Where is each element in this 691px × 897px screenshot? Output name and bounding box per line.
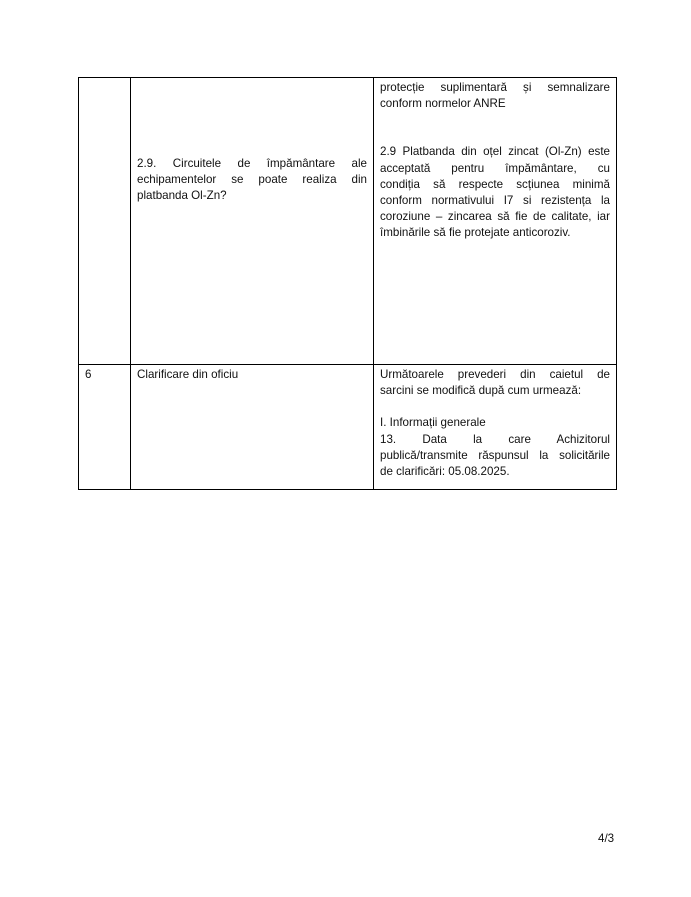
answer-line: coroziune – zincarea să fie de calitate,…: [380, 209, 610, 225]
row-number-cell: [79, 78, 131, 365]
answer-line: îmbinările să fie protejate anticoroziv.: [380, 225, 610, 241]
answer-line: 2.9 Platbanda din oțel zincat (Ol-Zn) es…: [380, 144, 610, 160]
answer-cell: protecție suplimentară și semnalizare co…: [374, 78, 617, 365]
answer-line: 13. Data la care Achizitorul: [380, 432, 610, 448]
answer-line: conform normativului I7 si rezistența la: [380, 193, 610, 209]
clarifications-table: 2.9. Circuitele de împământare ale echip…: [78, 77, 617, 490]
answer-cell: Următoarele prevederi din caietul de sar…: [374, 365, 617, 490]
page-number: 4/3: [598, 832, 614, 845]
row-number-cell: 6: [79, 365, 131, 490]
answer-line: conform normelor ANRE: [380, 96, 610, 112]
answer-line: de clarificări: 05.08.2025.: [380, 464, 610, 480]
section-title: I. Informații generale: [380, 415, 610, 431]
question-line: echipamentelor se poate realiza din: [137, 172, 367, 188]
answer-line: sarcini se modifică după cum urmează:: [380, 383, 610, 399]
question-line: Clarificare din oficiu: [137, 367, 367, 383]
answer-line: Următoarele prevederi din caietul de: [380, 367, 610, 383]
table-row: 6 Clarificare din oficiu Următoarele pre…: [79, 365, 617, 490]
answer-line: acceptată pentru împământare, cu: [380, 161, 610, 177]
question-cell: Clarificare din oficiu: [131, 365, 374, 490]
question-cell: 2.9. Circuitele de împământare ale echip…: [131, 78, 374, 365]
question-line: 2.9. Circuitele de împământare ale: [137, 156, 367, 172]
table-row: 2.9. Circuitele de împământare ale echip…: [79, 78, 617, 365]
answer-line: protecție suplimentară și semnalizare: [380, 80, 610, 96]
answer-line: condiția să respecte scțiunea minimă: [380, 177, 610, 193]
question-line: platbanda Ol-Zn?: [137, 188, 367, 204]
answer-line: publică/transmite răspunsul la solicităr…: [380, 448, 610, 464]
document-page: 2.9. Circuitele de împământare ale echip…: [0, 0, 691, 897]
